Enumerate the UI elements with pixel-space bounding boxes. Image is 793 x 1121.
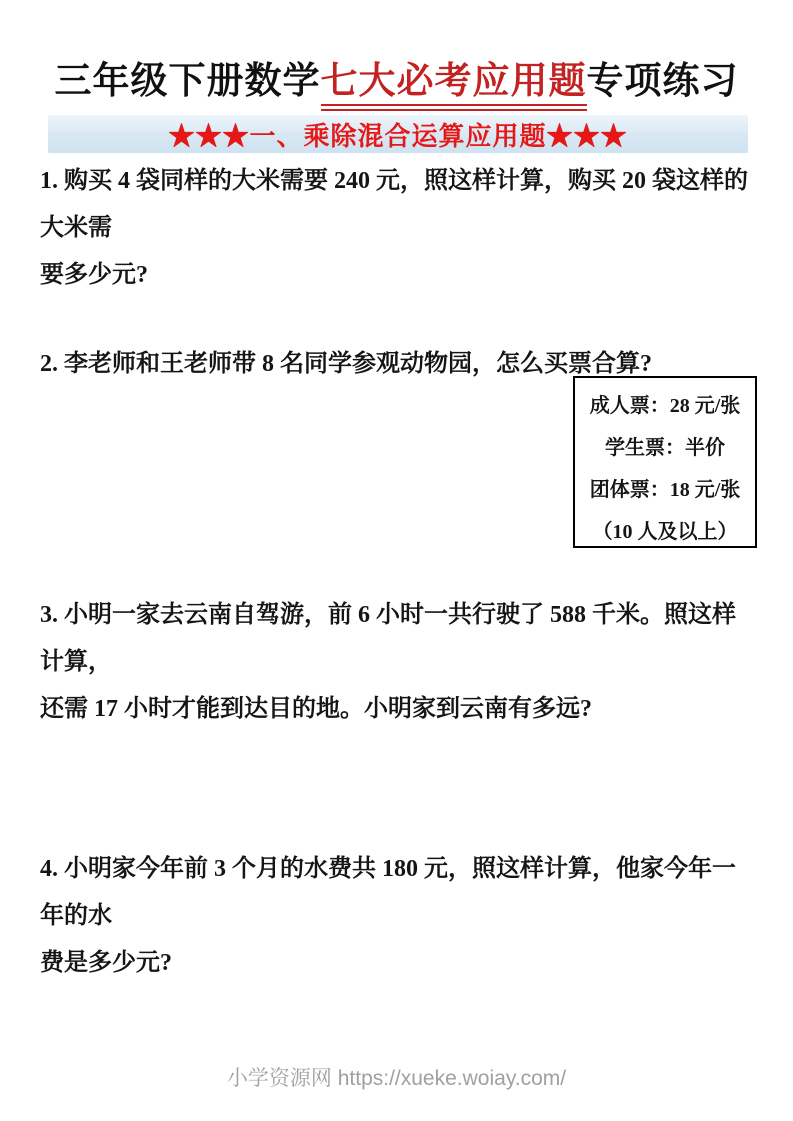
section-header-bar: ★★★一、乘除混合运算应用题★★★ bbox=[48, 115, 748, 153]
price-line-group: 团体票：18 元/张 bbox=[575, 469, 755, 511]
worksheet-page: 三年级下册数学七大必考应用题专项练习 ★★★一、乘除混合运算应用题★★★ 1. … bbox=[0, 0, 793, 1121]
price-line-adult: 成人票：28 元/张 bbox=[575, 385, 755, 427]
footer-text: 小学资源网 https://xueke.woiay.com/ bbox=[0, 1062, 793, 1092]
price-box: 成人票：28 元/张 学生票：半价 团体票：18 元/张 （10 人及以上） bbox=[573, 376, 757, 548]
title-highlight: 七大必考应用题 bbox=[321, 61, 587, 111]
price-line-student: 学生票：半价 bbox=[575, 427, 755, 469]
question-4: 4. 小明家今年前 3 个月的水费共 180 元，照这样计算，他家今年一年的水 … bbox=[40, 846, 759, 987]
title-suffix: 专项练习 bbox=[587, 61, 739, 102]
section-header-text: ★★★一、乘除混合运算应用题★★★ bbox=[168, 116, 627, 153]
question-3: 3. 小明一家去云南自驾游，前 6 小时一共行驶了 588 千米。照这样计算， … bbox=[40, 592, 759, 733]
page-title: 三年级下册数学七大必考应用题专项练习 bbox=[0, 50, 793, 104]
price-line-group-note: （10 人及以上） bbox=[575, 511, 755, 553]
question-1: 1. 购买 4 袋同样的大米需要 240 元，照这样计算，购买 20 袋这样的大… bbox=[40, 158, 759, 299]
title-prefix: 三年级下册数学 bbox=[55, 61, 321, 102]
